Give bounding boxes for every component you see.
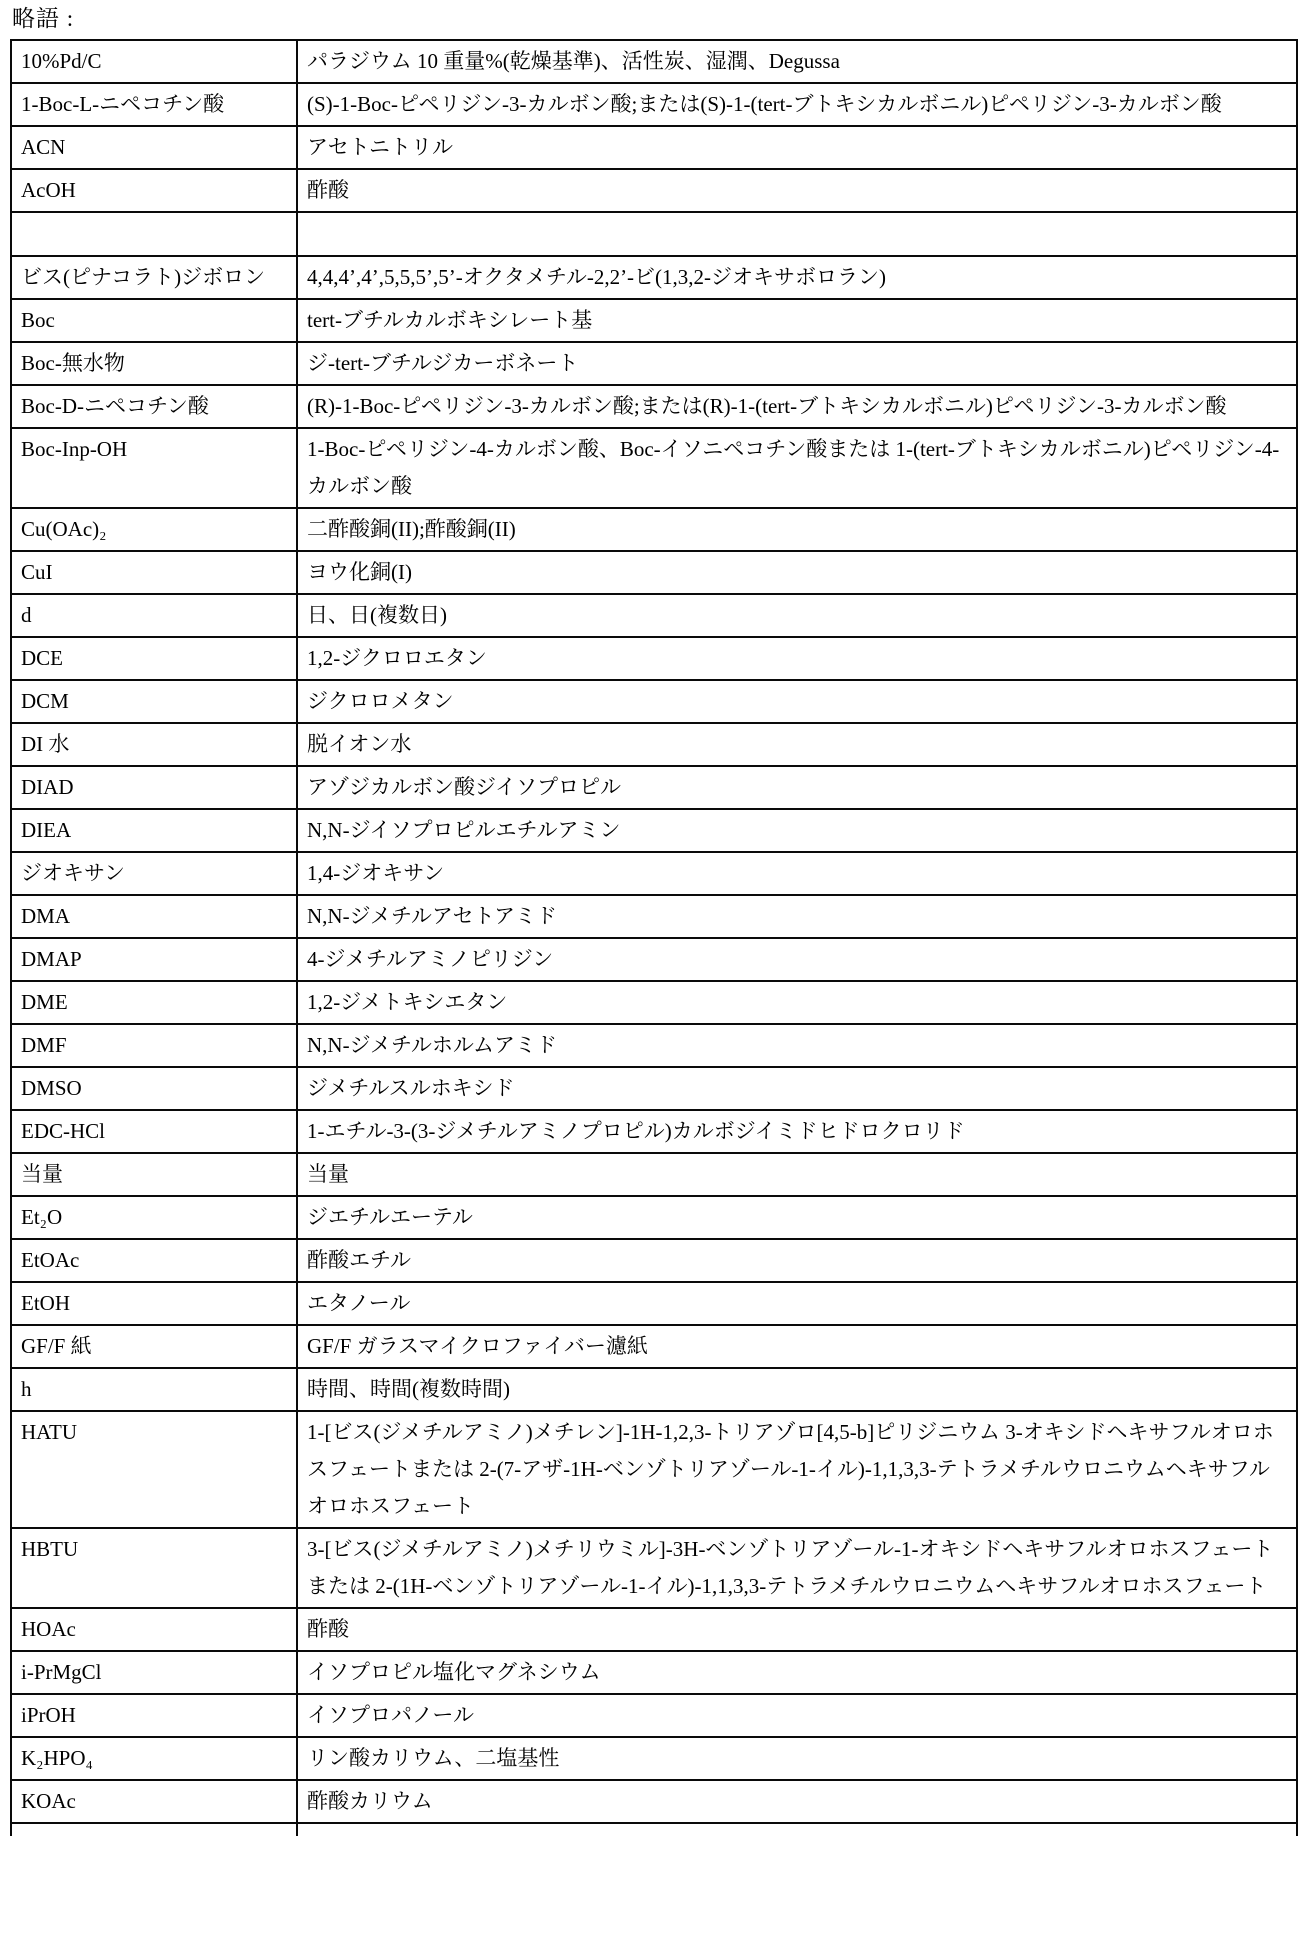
description-cell: イソプロピル塩化マグネシウム <box>297 1651 1297 1694</box>
table-cutoff-section <box>11 1823 1297 1836</box>
abbreviation-cell: DI 水 <box>11 723 297 766</box>
abbreviation-cell: EDC-HCl <box>11 1110 297 1153</box>
table-row: iPrOH イソプロパノール <box>11 1694 1297 1737</box>
description-cell: 脱イオン水 <box>297 723 1297 766</box>
table-row: Boc-無水物 ジ-tert-ブチルジカーボネート <box>11 342 1297 385</box>
table-row: DMAP 4-ジメチルアミノピリジン <box>11 938 1297 981</box>
abbreviation-cell: KOAc <box>11 1780 297 1823</box>
description-cell: 酢酸カリウム <box>297 1780 1297 1823</box>
description-cell: イソプロパノール <box>297 1694 1297 1737</box>
table-row: K₂HPO₄ リン酸カリウム、二塩基性 <box>11 1737 1297 1780</box>
description-cell: ジエチルエーテル <box>297 1196 1297 1239</box>
abbreviation-cell: DMF <box>11 1024 297 1067</box>
abbreviation-cell: ACN <box>11 126 297 169</box>
abbreviation-cell: 当量 <box>11 1153 297 1196</box>
description-cell: 時間、時間(複数時間) <box>297 1368 1297 1411</box>
description-cell: N,N-ジメチルアセトアミド <box>297 895 1297 938</box>
abbreviation-cell: DCM <box>11 680 297 723</box>
table-row: i-PrMgCl イソプロピル塩化マグネシウム <box>11 1651 1297 1694</box>
description-cell: アセトニトリル <box>297 126 1297 169</box>
description-cell: 酢酸 <box>297 1608 1297 1651</box>
abbreviation-cell: DIAD <box>11 766 297 809</box>
table-row: HOAc 酢酸 <box>11 1608 1297 1651</box>
table-row: DMSO ジメチルスルホキシド <box>11 1067 1297 1110</box>
description-cell: 3-[ビス(ジメチルアミノ)メチリウミル]-3H-ベンゾトリアゾール-1-オキシ… <box>297 1528 1297 1608</box>
table-row <box>11 212 1297 256</box>
table-row: EtOH エタノール <box>11 1282 1297 1325</box>
abbreviation-cell: Boc-Inp-OH <box>11 428 297 508</box>
description-cell: リン酸カリウム、二塩基性 <box>297 1737 1297 1780</box>
table-row: KOAc 酢酸カリウム <box>11 1780 1297 1823</box>
table-row: DCE 1,2-ジクロロエタン <box>11 637 1297 680</box>
description-cell: (R)-1-Boc-ピペリジン-3-カルボン酸;または(R)-1-(tert-ブ… <box>297 385 1297 428</box>
description-cell <box>297 212 1297 256</box>
abbreviation-cell: DMAP <box>11 938 297 981</box>
table-row: DMF N,N-ジメチルホルムアミド <box>11 1024 1297 1067</box>
abbreviation-cell: 1-Boc-L-ニペコチン酸 <box>11 83 297 126</box>
table-row: 1-Boc-L-ニペコチン酸 (S)-1-Boc-ピペリジン-3-カルボン酸;ま… <box>11 83 1297 126</box>
abbreviation-cell: EtOAc <box>11 1239 297 1282</box>
abbreviation-cell: CuI <box>11 551 297 594</box>
abbreviation-cell <box>11 1823 297 1836</box>
table-row: Cu(OAc)₂ 二酢酸銅(II);酢酸銅(II) <box>11 508 1297 551</box>
abbreviation-cell: EtOH <box>11 1282 297 1325</box>
description-cell: 二酢酸銅(II);酢酸銅(II) <box>297 508 1297 551</box>
table-row: EDC-HCl 1-エチル-3-(3-ジメチルアミノプロピル)カルボジイミドヒド… <box>11 1110 1297 1153</box>
description-cell: N,N-ジメチルホルムアミド <box>297 1024 1297 1067</box>
description-cell: 1,4-ジオキサン <box>297 852 1297 895</box>
abbreviation-cell: Et₂O <box>11 1196 297 1239</box>
abbreviation-cell: ビス(ピナコラト)ジボロン <box>11 256 297 299</box>
abbreviation-cell: 10%Pd/C <box>11 40 297 83</box>
table-row: h 時間、時間(複数時間) <box>11 1368 1297 1411</box>
abbreviation-cell: GF/F 紙 <box>11 1325 297 1368</box>
abbreviation-cell: DMSO <box>11 1067 297 1110</box>
table-row: EtOAc 酢酸エチル <box>11 1239 1297 1282</box>
table-row: HATU 1-[ビス(ジメチルアミノ)メチレン]-1H-1,2,3-トリアゾロ[… <box>11 1411 1297 1528</box>
document-page: 略語 : 10%Pd/C パラジウム 10 重量%(乾燥基準)、活性炭、湿潤、D… <box>0 0 1307 1836</box>
table-row: Et₂O ジエチルエーテル <box>11 1196 1297 1239</box>
abbreviation-cell: DIEA <box>11 809 297 852</box>
table-row: Boc-Inp-OH 1-Boc-ピペリジン-4-カルボン酸、Boc-イソニペコ… <box>11 428 1297 508</box>
abbreviation-cell: Cu(OAc)₂ <box>11 508 297 551</box>
abbreviation-cell: ジオキサン <box>11 852 297 895</box>
table-row: 当量 当量 <box>11 1153 1297 1196</box>
description-cell: 日、日(複数日) <box>297 594 1297 637</box>
description-cell: (S)-1-Boc-ピペリジン-3-カルボン酸;または(S)-1-(tert-ブ… <box>297 83 1297 126</box>
abbreviation-cell: HATU <box>11 1411 297 1528</box>
table-row: ビス(ピナコラト)ジボロン 4,4,4’,4’,5,5,5’,5’-オクタメチル… <box>11 256 1297 299</box>
abbreviations-table: 10%Pd/C パラジウム 10 重量%(乾燥基準)、活性炭、湿潤、Deguss… <box>10 39 1298 1836</box>
abbreviation-cell <box>11 212 297 256</box>
table-row: HBTU 3-[ビス(ジメチルアミノ)メチリウミル]-3H-ベンゾトリアゾール-… <box>11 1528 1297 1608</box>
description-cell: 1-エチル-3-(3-ジメチルアミノプロピル)カルボジイミドヒドロクロリド <box>297 1110 1297 1153</box>
abbreviation-cell: K₂HPO₄ <box>11 1737 297 1780</box>
table-row: DMA N,N-ジメチルアセトアミド <box>11 895 1297 938</box>
table-row: ACN アセトニトリル <box>11 126 1297 169</box>
description-cell: 4-ジメチルアミノピリジン <box>297 938 1297 981</box>
table-row: CuI ヨウ化銅(I) <box>11 551 1297 594</box>
abbreviation-cell: HOAc <box>11 1608 297 1651</box>
description-cell: 1-Boc-ピペリジン-4-カルボン酸、Boc-イソニペコチン酸または 1-(t… <box>297 428 1297 508</box>
description-cell: N,N-ジイソプロピルエチルアミン <box>297 809 1297 852</box>
page-title: 略語 : <box>12 4 1298 34</box>
abbreviation-cell: DCE <box>11 637 297 680</box>
table-row: 10%Pd/C パラジウム 10 重量%(乾燥基準)、活性炭、湿潤、Deguss… <box>11 40 1297 83</box>
table-row: DME 1,2-ジメトキシエタン <box>11 981 1297 1024</box>
abbreviation-cell: d <box>11 594 297 637</box>
table-row: DIEA N,N-ジイソプロピルエチルアミン <box>11 809 1297 852</box>
abbreviation-cell: Boc-無水物 <box>11 342 297 385</box>
description-cell: 当量 <box>297 1153 1297 1196</box>
table-row: DIAD アゾジカルボン酸ジイソプロピル <box>11 766 1297 809</box>
table-row: DCM ジクロロメタン <box>11 680 1297 723</box>
table-row: Boc tert-ブチルカルボキシレート基 <box>11 299 1297 342</box>
abbreviation-cell: i-PrMgCl <box>11 1651 297 1694</box>
description-cell: 1,2-ジメトキシエタン <box>297 981 1297 1024</box>
table-row: Boc-D-ニペコチン酸 (R)-1-Boc-ピペリジン-3-カルボン酸;または… <box>11 385 1297 428</box>
description-cell: 1,2-ジクロロエタン <box>297 637 1297 680</box>
description-cell: GF/F ガラスマイクロファイバー濾紙 <box>297 1325 1297 1368</box>
description-cell: ヨウ化銅(I) <box>297 551 1297 594</box>
description-cell: パラジウム 10 重量%(乾燥基準)、活性炭、湿潤、Degussa <box>297 40 1297 83</box>
abbreviation-cell: iPrOH <box>11 1694 297 1737</box>
description-cell: 1-[ビス(ジメチルアミノ)メチレン]-1H-1,2,3-トリアゾロ[4,5-b… <box>297 1411 1297 1528</box>
table-row: AcOH 酢酸 <box>11 169 1297 212</box>
abbreviation-cell: Boc <box>11 299 297 342</box>
abbreviation-cell: DMA <box>11 895 297 938</box>
table-row: d 日、日(複数日) <box>11 594 1297 637</box>
table-row: ジオキサン 1,4-ジオキサン <box>11 852 1297 895</box>
description-cell: 酢酸 <box>297 169 1297 212</box>
description-cell <box>297 1823 1297 1836</box>
table-row-partial <box>11 1823 1297 1836</box>
abbreviation-cell: Boc-D-ニペコチン酸 <box>11 385 297 428</box>
abbreviation-cell: HBTU <box>11 1528 297 1608</box>
description-cell: 酢酸エチル <box>297 1239 1297 1282</box>
table-body: 10%Pd/C パラジウム 10 重量%(乾燥基準)、活性炭、湿潤、Deguss… <box>11 40 1297 1823</box>
description-cell: 4,4,4’,4’,5,5,5’,5’-オクタメチル-2,2’-ビ(1,3,2-… <box>297 256 1297 299</box>
description-cell: ジメチルスルホキシド <box>297 1067 1297 1110</box>
table-row: GF/F 紙 GF/F ガラスマイクロファイバー濾紙 <box>11 1325 1297 1368</box>
abbreviation-cell: h <box>11 1368 297 1411</box>
abbreviation-cell: DME <box>11 981 297 1024</box>
description-cell: アゾジカルボン酸ジイソプロピル <box>297 766 1297 809</box>
abbreviation-cell: AcOH <box>11 169 297 212</box>
description-cell: ジ-tert-ブチルジカーボネート <box>297 342 1297 385</box>
description-cell: ジクロロメタン <box>297 680 1297 723</box>
description-cell: tert-ブチルカルボキシレート基 <box>297 299 1297 342</box>
table-row: DI 水 脱イオン水 <box>11 723 1297 766</box>
description-cell: エタノール <box>297 1282 1297 1325</box>
